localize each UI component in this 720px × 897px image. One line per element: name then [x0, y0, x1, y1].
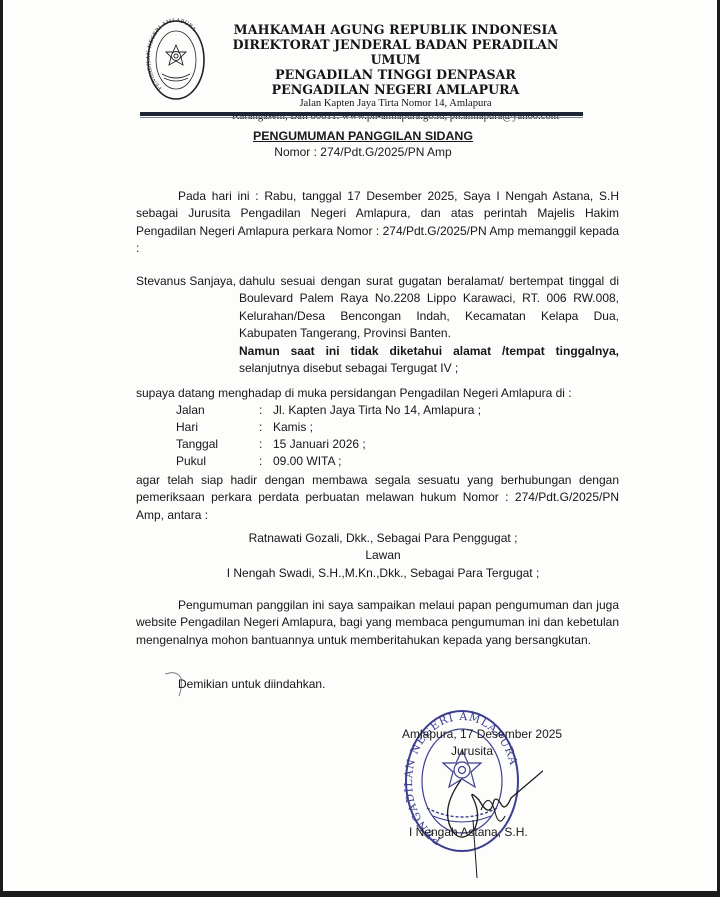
signature-place-date: Amlapura, 17 Desember 2025: [402, 727, 562, 741]
party-address: dahulu sesuai dengan surat gugatan beral…: [239, 274, 619, 340]
court-seal-icon: PENGADILAN NEGERI AMLAPURA: [146, 18, 206, 102]
schedule-label: Jalan: [176, 402, 205, 419]
schedule-value: 15 Januari 2026 ;: [273, 436, 366, 453]
signer-name: I Nengah Astana, S.H.: [409, 825, 528, 839]
schedule-label: Tanggal: [176, 436, 218, 453]
letterhead-divider: [140, 112, 583, 116]
party-designation: selanjutnya disebut sebagai Tergugat IV …: [239, 360, 619, 377]
letterhead-line-1: MAHKAMAH AGUNG REPUBLIK INDONESIA: [208, 22, 583, 37]
schedule-value: 09.00 WITA ;: [273, 453, 341, 470]
party-address-block: dahulu sesuai dengan surat gugatan beral…: [239, 273, 619, 377]
letterhead: MAHKAMAH AGUNG REPUBLIK INDONESIA DIREKT…: [208, 22, 583, 123]
screen-frame-bottom: [0, 891, 720, 897]
schedule-separator: :: [259, 453, 262, 470]
schedule-value: Jl. Kapten Jaya Tirta No 14, Amlapura ;: [273, 402, 481, 419]
party-name: Stevanus Sanjaya,: [136, 273, 236, 290]
plaintiff: Ratnawati Gozali, Dkk., Sebagai Para Pen…: [183, 530, 583, 547]
case-paragraph: agar telah siap hadir dengan membawa seg…: [136, 472, 619, 524]
schedule-separator: :: [259, 436, 262, 453]
schedule-label: Hari: [176, 419, 198, 436]
schedule-label: Pukul: [176, 453, 206, 470]
document-title: PENGUMUMAN PANGGILAN SIDANG: [103, 129, 623, 143]
schedule-separator: :: [259, 402, 262, 419]
opening-paragraph: Pada hari ini : Rabu, tanggal 17 Desembe…: [136, 188, 619, 258]
letterhead-line-4: PENGADILAN NEGERI AMLAPURA: [208, 82, 583, 97]
summons-intro: supaya datang menghadap di muka persidan…: [136, 385, 619, 402]
case-parties: Ratnawati Gozali, Dkk., Sebagai Para Pen…: [183, 530, 583, 582]
handwritten-signature: [433, 760, 543, 880]
announcement-paragraph: Pengumuman panggilan ini saya sampaikan …: [136, 597, 619, 649]
letterhead-line-2: DIREKTORAT JENDERAL BADAN PERADILAN UMUM: [208, 37, 583, 67]
letterhead-address: Jalan Kapten Jaya Tirta Nomor 14, Amlapu…: [208, 97, 583, 110]
signature-role: Jurusita: [451, 744, 493, 758]
letterhead-line-3: PENGADILAN TINGGI DENPASAR: [208, 67, 583, 82]
defendant: I Nengah Swadi, S.H.,M.Kn.,Dkk., Sebagai…: [183, 565, 583, 582]
letterhead-divider-thin: [140, 117, 583, 118]
closing-statement: Demikian untuk diindahkan.: [178, 676, 325, 693]
schedule-value: Kamis ;: [273, 419, 313, 436]
document-page: PENGADILAN NEGERI AMLAPURA MAHKAMAH AGUN…: [3, 0, 717, 891]
document-number: Nomor : 274/Pdt.G/2025/PN Amp: [103, 145, 623, 159]
schedule-separator: :: [259, 419, 262, 436]
versus-label: Lawan: [183, 547, 583, 564]
party-unknown-note: Namun saat ini tidak diketahui alamat /t…: [239, 343, 619, 360]
